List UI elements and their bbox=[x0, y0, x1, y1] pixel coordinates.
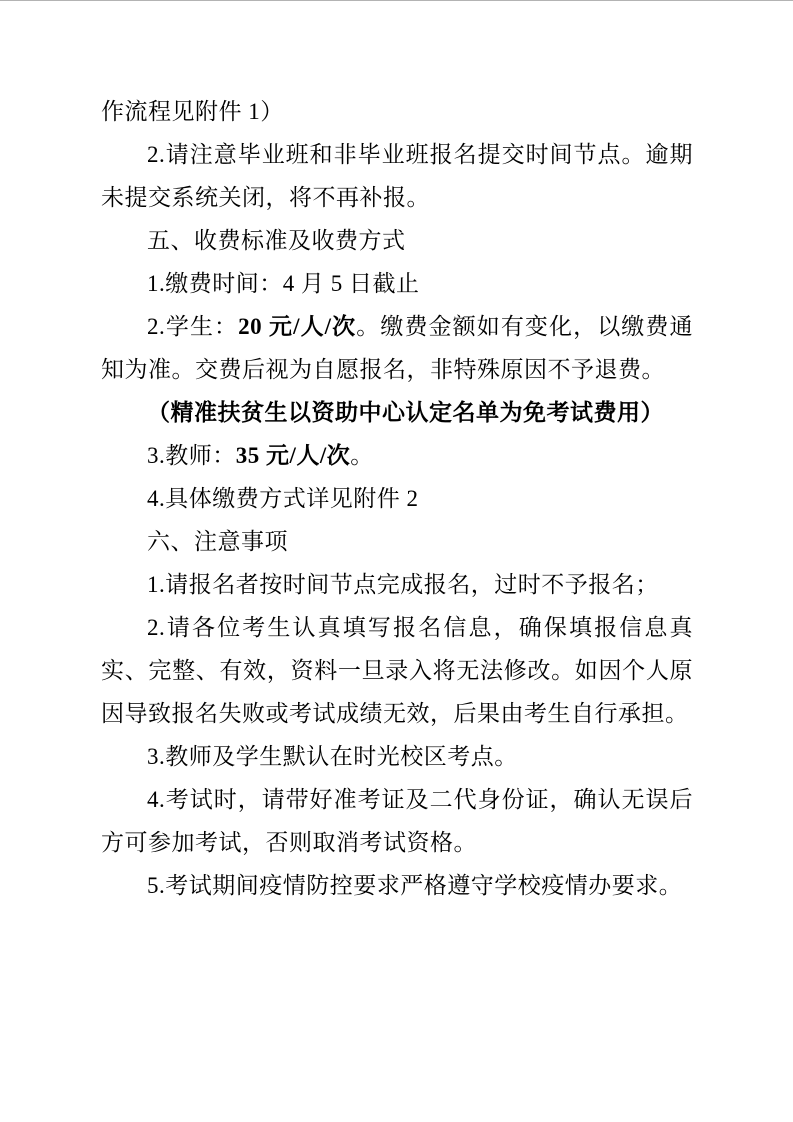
text-run: 。 bbox=[350, 443, 374, 468]
text-run: 1.请报名者按时间节点完成报名，过时不予报名； bbox=[147, 572, 659, 597]
text-run-bold: （精准扶贫生以资助中心认定名单为免考试费用） bbox=[147, 400, 664, 425]
document-body: 作流程见附件 1）2.请注意毕业班和非毕业班报名提交时间节点。逾期未提交系统关闭… bbox=[101, 90, 693, 907]
text-run: 2.学生： bbox=[147, 314, 238, 339]
text-run: 五、收费标准及收费方式 bbox=[147, 228, 406, 253]
paragraph: 4.考试时，请带好准考证及二代身份证，确认无误后方可参加考试，否则取消考试资格。 bbox=[101, 778, 693, 864]
text-run-bold: 35 元/人/次 bbox=[236, 443, 351, 468]
text-run: 3.教师： bbox=[147, 443, 236, 468]
text-run: 2.请各位考生认真填写报名信息，确保填报信息真实、完整、有效，资料一旦录入将无法… bbox=[101, 615, 693, 726]
paragraph: 作流程见附件 1） bbox=[101, 90, 693, 133]
text-run: 2.请注意毕业班和非毕业班报名提交时间节点。逾期未提交系统关闭，将不再补报。 bbox=[101, 142, 693, 210]
text-run: 5.考试期间疫情防控要求严格遵守学校疫情办要求。 bbox=[147, 873, 682, 898]
text-run-bold: 20 元/人/次 bbox=[238, 314, 356, 339]
paragraph: 2.请注意毕业班和非毕业班报名提交时间节点。逾期未提交系统关闭，将不再补报。 bbox=[101, 133, 693, 219]
paragraph: 5.考试期间疫情防控要求严格遵守学校疫情办要求。 bbox=[101, 864, 693, 907]
paragraph: 五、收费标准及收费方式 bbox=[101, 219, 693, 262]
paragraph: 1.缴费时间：4 月 5 日截止 bbox=[101, 262, 693, 305]
text-run: 4.具体缴费方式详见附件 2 bbox=[147, 486, 419, 511]
document-page: 作流程见附件 1）2.请注意毕业班和非毕业班报名提交时间节点。逾期未提交系统关闭… bbox=[0, 0, 793, 1122]
text-run: 4.考试时，请带好准考证及二代身份证，确认无误后方可参加考试，否则取消考试资格。 bbox=[101, 787, 693, 855]
text-run: 作流程见附件 1） bbox=[101, 99, 284, 124]
paragraph: 3.教师：35 元/人/次。 bbox=[101, 434, 693, 477]
paragraph: 1.请报名者按时间节点完成报名，过时不予报名； bbox=[101, 563, 693, 606]
paragraph: （精准扶贫生以资助中心认定名单为免考试费用） bbox=[101, 391, 693, 434]
paragraph: 4.具体缴费方式详见附件 2 bbox=[101, 477, 693, 520]
paragraph: 六、注意事项 bbox=[101, 520, 693, 563]
text-run: 1.缴费时间：4 月 5 日截止 bbox=[147, 271, 420, 296]
text-run: 六、注意事项 bbox=[147, 529, 288, 554]
text-run: 3.教师及学生默认在时光校区考点。 bbox=[147, 744, 518, 769]
paragraph: 3.教师及学生默认在时光校区考点。 bbox=[101, 735, 693, 778]
paragraph: 2.请各位考生认真填写报名信息，确保填报信息真实、完整、有效，资料一旦录入将无法… bbox=[101, 606, 693, 735]
paragraph: 2.学生：20 元/人/次。缴费金额如有变化，以缴费通知为准。交费后视为自愿报名… bbox=[101, 305, 693, 391]
